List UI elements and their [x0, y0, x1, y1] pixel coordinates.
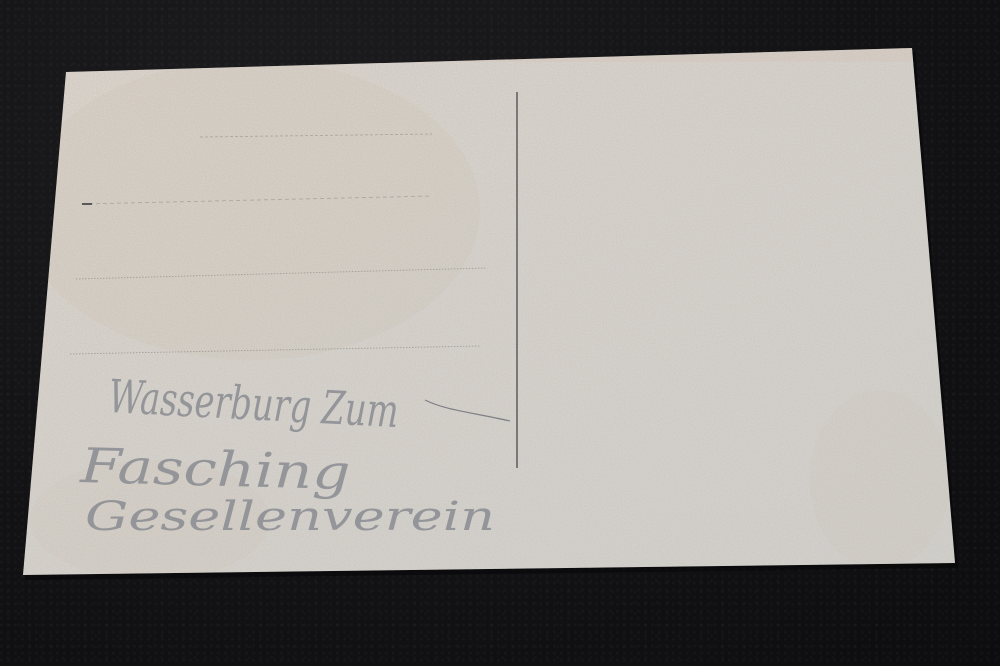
- postcard-scene: Wasserburg Zum Fasching Gesellenverein: [0, 0, 1000, 666]
- inscription-line-2: Fasching: [78, 438, 351, 501]
- inscription-line-3: Gesellenverein: [85, 494, 495, 540]
